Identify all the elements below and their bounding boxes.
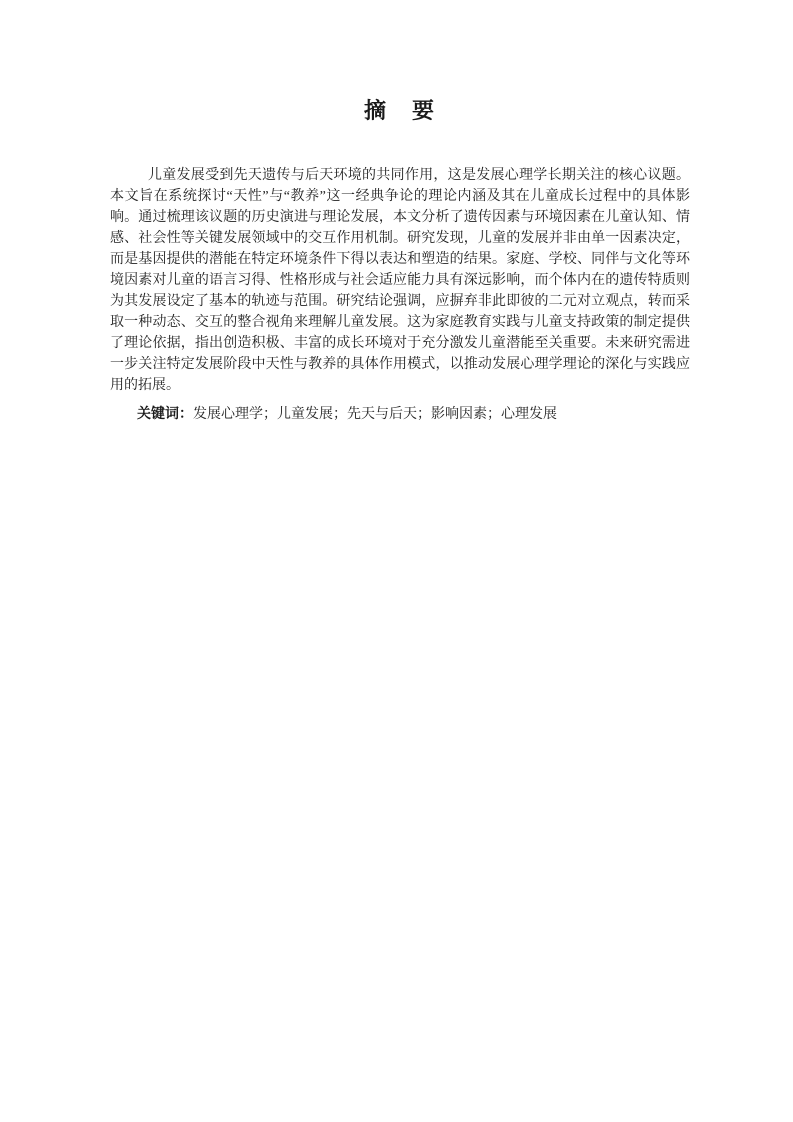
- keywords-line: 关键词：发展心理学；儿童发展；先天与后天；影响因素；心理发展: [110, 403, 690, 425]
- keywords-label: 关键词：: [137, 405, 193, 421]
- abstract-paragraph: 儿童发展受到先天遗传与后天环境的共同作用，这是发展心理学长期关注的核心议题。本文…: [110, 165, 690, 396]
- document-canvas: { "page": { "title": "摘 要", "abstract_te…: [0, 0, 793, 1122]
- page-title: 摘 要: [110, 98, 690, 124]
- keywords-text: 发展心理学；儿童发展；先天与后天；影响因素；心理发展: [193, 407, 557, 422]
- abstract-page: 摘 要 儿童发展受到先天遗传与后天环境的共同作用，这是发展心理学长期关注的核心议…: [0, 0, 793, 1122]
